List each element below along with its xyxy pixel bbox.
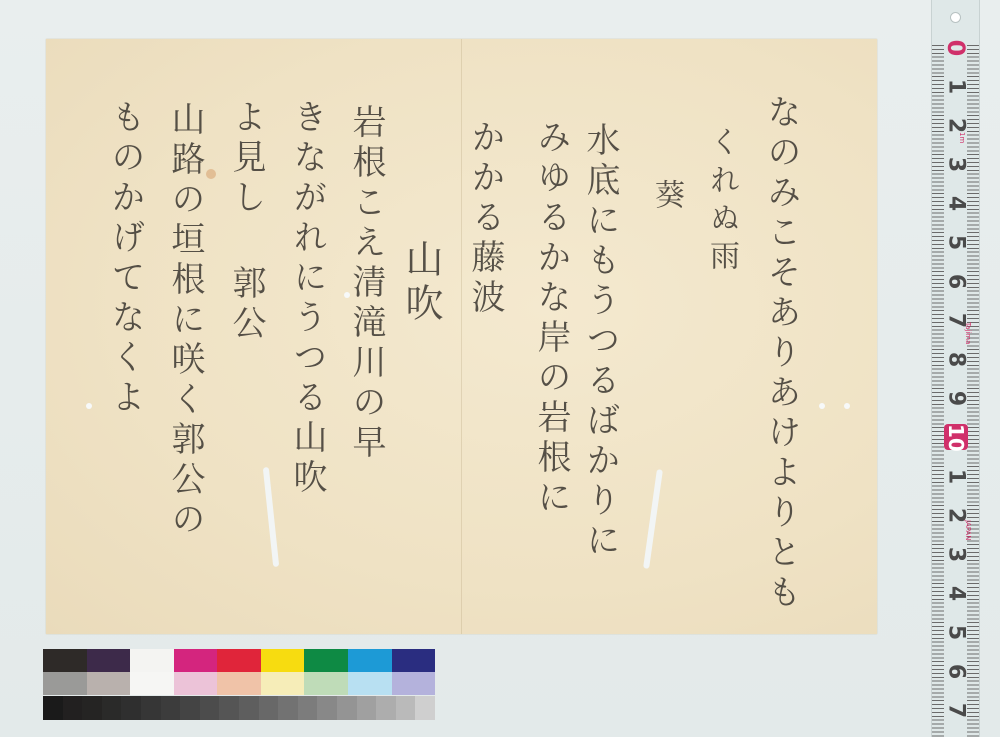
text-column-5: みゆるかな岸の岩根に bbox=[534, 119, 568, 519]
color-swatch bbox=[261, 649, 305, 672]
text-column-12: ものかげてなくよ bbox=[108, 99, 142, 419]
text-column-1: なのみこそありあけよりとも bbox=[764, 94, 798, 614]
gray-swatch bbox=[376, 696, 396, 720]
ruler-label: 9 bbox=[944, 387, 969, 411]
manuscript-paper: なのみこそありあけよりとも くれぬ雨 葵 水底にもうつるばかりに みゆるかな岸の… bbox=[46, 39, 877, 634]
text-column-9: きながれにうつる山吹 bbox=[290, 99, 324, 499]
paper-tear bbox=[263, 467, 279, 567]
paper-tear bbox=[643, 469, 663, 569]
ruler-label: 6 bbox=[944, 660, 969, 684]
gray-swatch bbox=[298, 696, 318, 720]
pin-hole bbox=[344, 292, 350, 298]
fold-line bbox=[461, 39, 462, 634]
gray-swatch bbox=[219, 696, 239, 720]
color-row-pastel bbox=[43, 672, 435, 695]
ruler-label: 7 bbox=[944, 699, 969, 723]
gray-swatch bbox=[396, 696, 416, 720]
ruler-label: 1 bbox=[944, 75, 969, 99]
color-swatch bbox=[348, 649, 392, 672]
color-swatch bbox=[304, 649, 348, 672]
gray-swatch bbox=[239, 696, 259, 720]
gray-swatch bbox=[259, 696, 279, 720]
text-column-11: 山路の垣根に咲く郭公の bbox=[168, 101, 202, 541]
grayscale-row bbox=[43, 696, 435, 720]
gray-swatch bbox=[278, 696, 298, 720]
ruler-brand: Tajima bbox=[964, 322, 972, 344]
ruler-label: 1 bbox=[944, 465, 969, 489]
gray-swatch bbox=[82, 696, 102, 720]
text-column-10: よ見し 郭公 bbox=[229, 99, 263, 345]
gray-swatch bbox=[337, 696, 357, 720]
stain bbox=[206, 169, 216, 179]
ruler-country: JAPAN bbox=[964, 520, 972, 541]
gray-swatch bbox=[200, 696, 220, 720]
pin-hole bbox=[819, 403, 825, 409]
gray-swatch bbox=[161, 696, 181, 720]
gray-swatch bbox=[317, 696, 337, 720]
color-swatch bbox=[43, 672, 87, 695]
ruler-hook-hole bbox=[950, 12, 961, 23]
ruler-ticks-left bbox=[932, 45, 944, 737]
color-swatch bbox=[392, 649, 436, 672]
text-column-4: 水底にもうつるばかりに bbox=[583, 122, 617, 562]
ruler-label: 8 bbox=[944, 348, 969, 372]
color-row-saturated bbox=[43, 649, 435, 672]
color-swatch bbox=[174, 672, 218, 695]
ruler-label: 3 bbox=[944, 543, 969, 567]
color-calibration-chart bbox=[43, 649, 435, 721]
text-column-2: くれぬ雨 bbox=[706, 126, 736, 278]
color-swatch bbox=[130, 649, 174, 672]
color-swatch bbox=[43, 649, 87, 672]
measuring-ruler: 0 1 2 1m 3 4 5 6 7 Tajima 8 9 10 1 2 JAP… bbox=[931, 0, 980, 737]
gray-swatch bbox=[121, 696, 141, 720]
color-swatch bbox=[392, 672, 436, 695]
heading-yamabuki: 山吹 bbox=[402, 239, 440, 327]
gray-swatch bbox=[357, 696, 377, 720]
color-swatch bbox=[217, 672, 261, 695]
text-column-6: かかる藤波 bbox=[468, 119, 502, 319]
text-column-8: 岩根こえ清滝川の早 bbox=[349, 104, 383, 464]
ruler-label: 4 bbox=[944, 192, 969, 216]
color-swatch bbox=[87, 649, 131, 672]
gray-swatch bbox=[63, 696, 83, 720]
text-column-3: 葵 bbox=[651, 179, 681, 217]
color-swatch bbox=[130, 672, 174, 695]
color-swatch bbox=[261, 672, 305, 695]
gray-swatch bbox=[141, 696, 161, 720]
ruler-label: 6 bbox=[944, 270, 969, 294]
ruler-label: 5 bbox=[944, 621, 969, 645]
ruler-ticks-right bbox=[967, 45, 979, 737]
color-swatch bbox=[174, 649, 218, 672]
gray-swatch bbox=[43, 696, 63, 720]
ruler-unit-mark: 1m bbox=[958, 132, 966, 143]
ruler-label-10: 10 bbox=[944, 424, 968, 450]
color-swatch bbox=[217, 649, 261, 672]
pin-hole bbox=[86, 403, 92, 409]
color-swatch bbox=[304, 672, 348, 695]
gray-swatch bbox=[102, 696, 122, 720]
color-swatch bbox=[87, 672, 131, 695]
pin-hole bbox=[844, 403, 850, 409]
color-swatch bbox=[348, 672, 392, 695]
gray-swatch bbox=[415, 696, 435, 720]
ruler-label: 4 bbox=[944, 582, 969, 606]
ruler-label: 3 bbox=[944, 153, 969, 177]
gray-swatch bbox=[180, 696, 200, 720]
ruler-label-0: 0 bbox=[942, 36, 970, 60]
ruler-label: 5 bbox=[944, 231, 969, 255]
